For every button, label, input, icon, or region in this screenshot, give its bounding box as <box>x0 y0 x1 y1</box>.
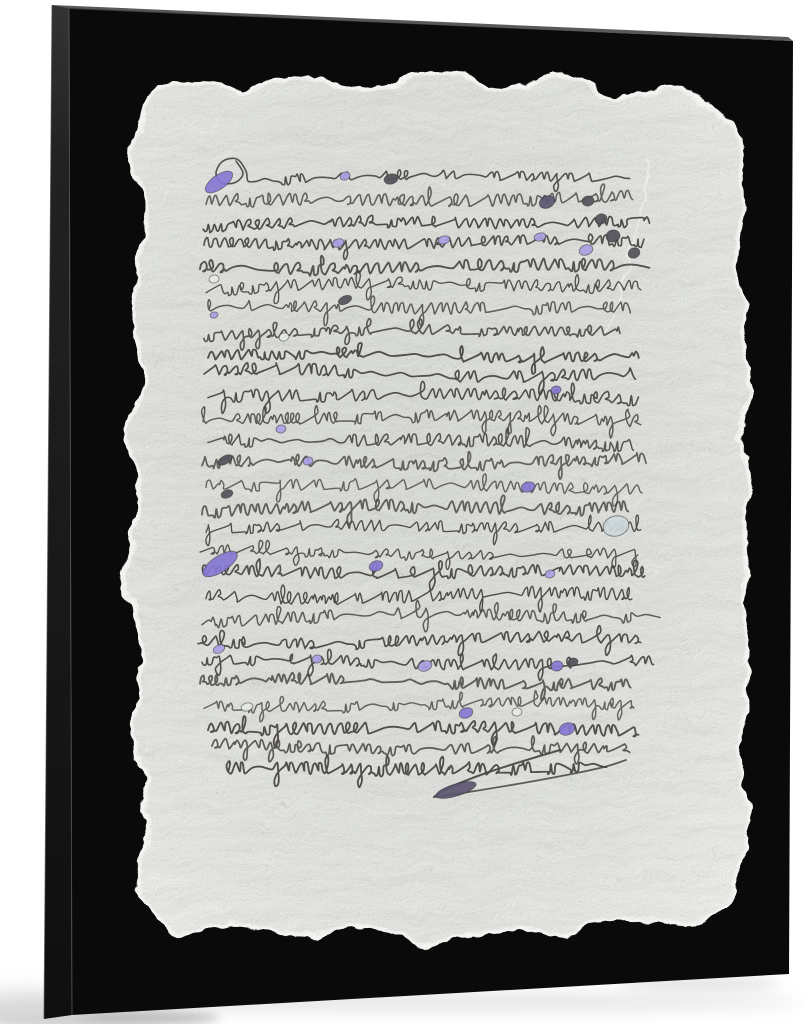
canvas-print-photo <box>0 0 804 1024</box>
product-photo <box>0 0 804 1024</box>
